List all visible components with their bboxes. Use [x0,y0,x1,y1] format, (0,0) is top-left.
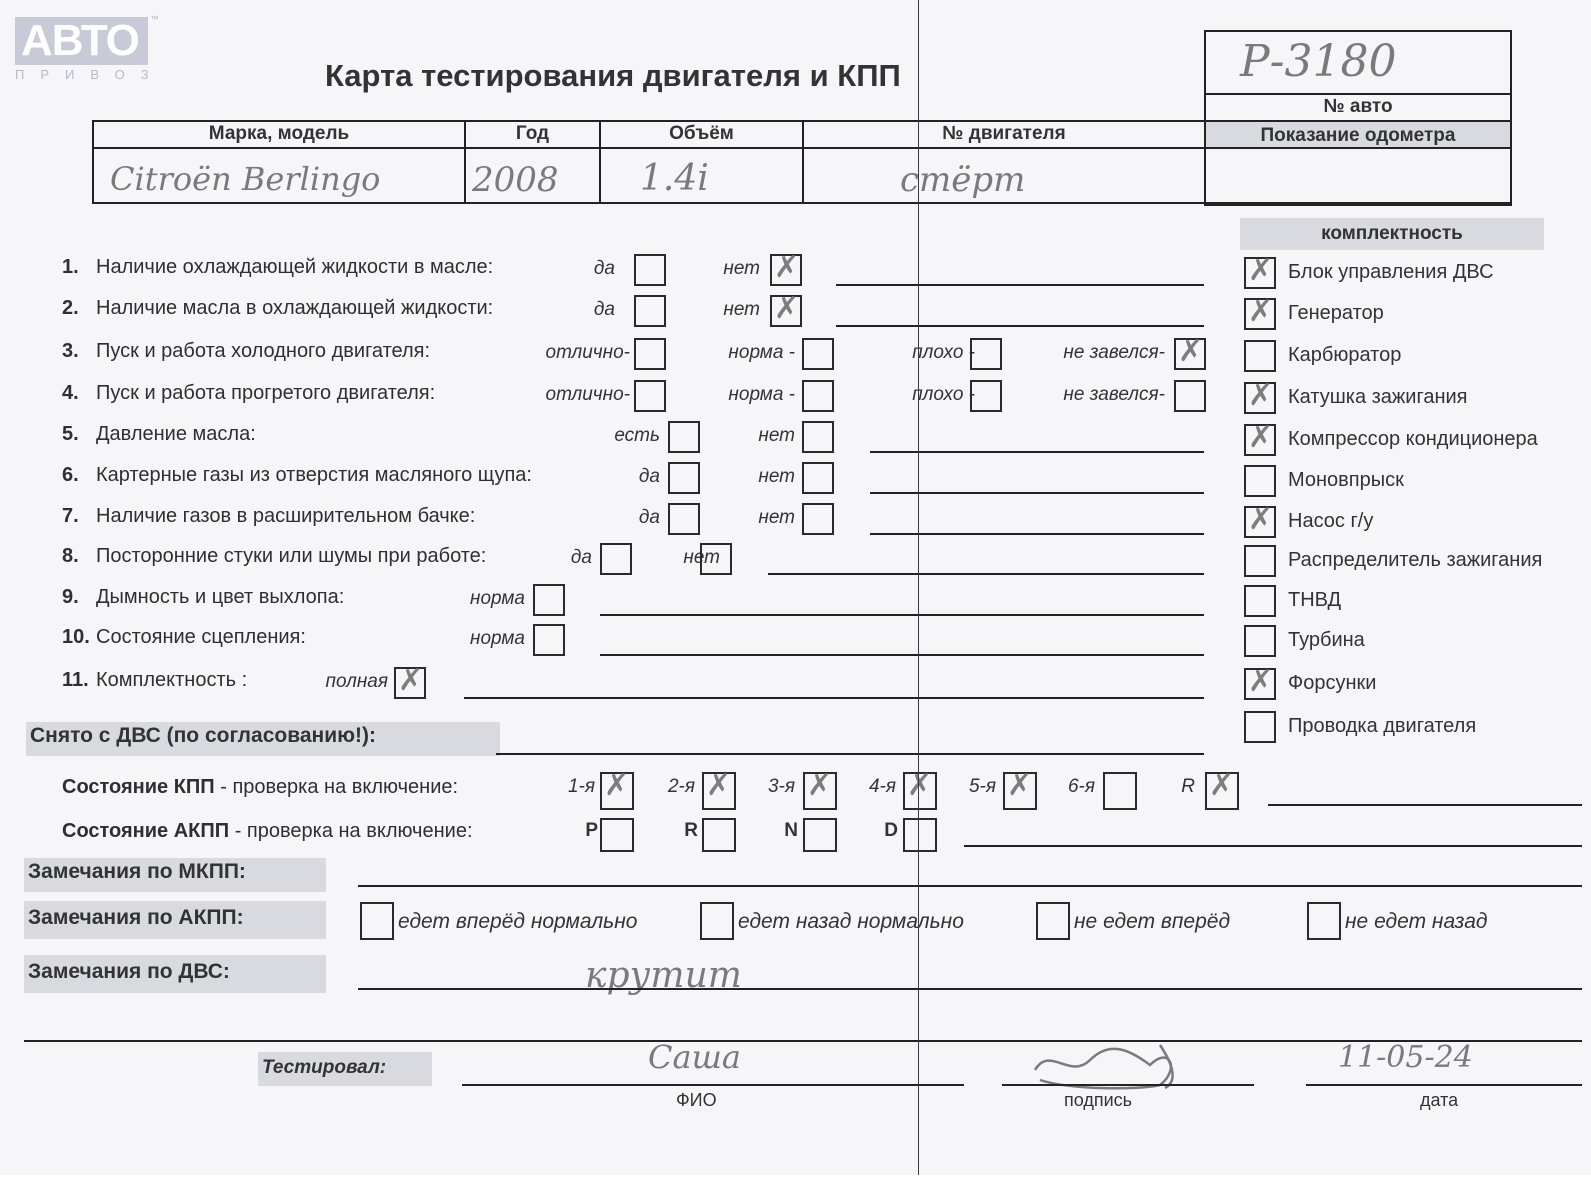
option-checkbox[interactable] [802,503,834,535]
option-label: не завелся- [1063,384,1165,406]
col-header-make-model: Марка, модель [94,123,464,145]
mkpp-remarks-label: Замечания по МКПП: [24,858,326,892]
option-label: да [571,547,592,569]
gear-label: R [1181,776,1195,798]
signature-line[interactable] [1002,1084,1254,1086]
kit-item-label: Компрессор кондиционера [1288,428,1538,451]
kit-item-label: Катушка зажигания [1288,386,1468,409]
option-label: не завелся- [1063,342,1165,364]
kit-item-checkbox[interactable] [1244,545,1276,577]
question-label: Наличие газов в расширительном бачке: [96,505,475,527]
akpp-remark-checkbox[interactable] [1036,902,1070,940]
gear-label: 6-я [1068,776,1095,798]
option-checkbox[interactable] [600,543,632,575]
tested-by-label: Тестировал: [258,1052,432,1086]
question-text: 8.Посторонние стуки или шумы при работе: [62,545,486,568]
kit-item-checkbox[interactable] [1244,625,1276,657]
kit-item-label: Моновпрыск [1288,469,1404,492]
question-text: 3.Пуск и работа холодного двигателя: [62,340,430,363]
gear-checkbox[interactable] [803,772,837,810]
gear-checkbox[interactable] [600,772,634,810]
auto-gear-checkbox[interactable] [702,818,736,852]
car-number-label: № авто [1206,96,1510,118]
option-checkbox[interactable] [668,462,700,494]
scan-fold-line [918,0,919,1175]
option-label: нет [723,299,760,321]
gear-checkbox[interactable] [903,772,937,810]
page-title: Карта тестирования двигателя и КПП [325,58,901,94]
question-label: Состояние сцепления: [96,626,306,648]
option-label: плохо - [912,342,975,364]
question-text: 5.Давление масла: [62,423,256,446]
date-line[interactable] [1306,1084,1582,1086]
kit-item-checkbox[interactable] [1244,424,1276,456]
kit-item-label: Распределитель зажигания [1288,549,1542,572]
gear-label: 4-я [869,776,896,798]
question-notes-line[interactable] [870,492,1204,494]
question-text: 4.Пуск и работа прогретого двигателя: [62,382,435,405]
kit-item-label: Форсунки [1288,672,1376,695]
date-value[interactable]: 11-05-24 [1338,1040,1473,1075]
option-label: плохо - [912,384,975,406]
kit-item-checkbox[interactable] [1244,506,1276,538]
question-text: 10.Состояние сцепления: [62,626,306,649]
gear-checkbox[interactable] [702,772,736,810]
logo-sub-text: ПРИВОЗ [15,67,165,82]
kit-item-label: Проводка двигателя [1288,715,1476,738]
question-number: 8. [62,545,96,568]
option-checkbox[interactable] [634,380,666,412]
question-label: Посторонние стуки или шумы при работе: [96,545,486,567]
gear-label: 1-я [568,776,595,798]
option-label: отлично- [546,384,630,406]
option-checkbox[interactable] [770,254,802,286]
option-checkbox[interactable] [668,421,700,453]
option-label: полная [326,671,389,693]
question-text: 2.Наличие масла в охлаждающей жидкости: [62,297,493,320]
name-caption: ФИО [676,1090,717,1111]
kit-title: комплектность [1240,223,1544,245]
question-number: 5. [62,423,96,446]
auto-gear-checkbox[interactable] [600,818,634,852]
odometer-label: Показание одометра [1206,125,1510,147]
question-number: 3. [62,340,96,363]
kit-item-label: Насос г/у [1288,510,1373,533]
option-checkbox[interactable] [802,380,834,412]
question-text: 9.Дымность и цвет выхлопа: [62,586,344,609]
auto-gearbox-label: Состояние АКПП - проверка на включение: [62,820,473,843]
question-number: 11. [62,669,96,692]
question-number: 7. [62,505,96,528]
manual-gearbox-notes-line[interactable] [1268,804,1582,806]
akpp-remark-label: едет вперёд нормально [398,910,637,934]
option-checkbox[interactable] [802,462,834,494]
car-number-value[interactable]: Р-3180 [1240,36,1396,87]
question-label: Наличие охлаждающей жидкости в масле: [96,256,493,278]
option-checkbox[interactable] [634,295,666,327]
akpp-remark-label: не едет вперёд [1074,910,1230,934]
volume-value[interactable]: 1.4i [640,158,709,199]
option-label: отлично- [546,342,630,364]
signature-mark[interactable] [1030,1040,1190,1080]
question-number: 9. [62,586,96,609]
akpp-remark-checkbox[interactable] [360,902,394,940]
name-line[interactable] [462,1084,964,1086]
question-notes-line[interactable] [464,697,1204,699]
akpp-remark-label: не едет назад [1345,910,1487,934]
divider [1204,93,1512,95]
option-label: норма - [728,342,795,364]
question-text: 7.Наличие газов в расширительном бачке: [62,505,475,528]
auto-gear-label: R [684,820,698,842]
avtoprivoz-logo: АВТО [15,17,148,65]
divider [1204,93,1206,204]
option-checkbox[interactable] [802,338,834,370]
option-checkbox[interactable] [1174,338,1206,370]
question-notes-line[interactable] [870,533,1204,535]
question-notes-line[interactable] [600,614,1204,616]
gear-checkbox[interactable] [1103,772,1137,810]
logo-main-text: АВТО [21,16,139,66]
manual-gearbox-label: Состояние КПП - проверка на включение: [62,776,458,799]
option-checkbox[interactable] [634,338,666,370]
auto-gear-checkbox[interactable] [903,818,937,852]
option-label: нет [758,466,795,488]
option-label: норма - [728,384,795,406]
option-label: норма [470,588,525,610]
option-label: есть [614,425,660,447]
date-caption: дата [1420,1090,1458,1111]
question-text: 11.Комплектность : [62,669,247,692]
kit-item-checkbox[interactable] [1244,668,1276,700]
col-header-engine-number: № двигателя [804,123,1204,145]
gear-label: 2-я [668,776,695,798]
kit-item-checkbox[interactable] [1244,257,1276,289]
option-label: да [594,258,615,280]
auto-gearbox-notes-line[interactable] [964,845,1582,847]
question-number: 1. [62,256,96,279]
col-header-volume: Объём [601,123,802,145]
question-label: Давление масла: [96,423,256,445]
logo-trademark: ™ [150,14,159,24]
akpp-remark-label: едет назад нормально [738,910,964,934]
option-label: нет [723,258,760,280]
question-label: Дымность и цвет выхлопа: [96,586,344,608]
option-checkbox[interactable] [668,503,700,535]
akpp-remark-checkbox[interactable] [1307,902,1341,940]
gear-checkbox[interactable] [1003,772,1037,810]
gear-label: 3-я [768,776,795,798]
test-card-sheet: АВТО ™ ПРИВОЗ Карта тестирования двигате… [0,0,1591,1175]
kit-item-label: Карбюратор [1288,344,1401,367]
auto-gear-label: N [784,820,798,842]
kit-item-label: Турбина [1288,629,1365,652]
option-label: да [639,466,660,488]
option-checkbox[interactable] [700,543,732,575]
year-value[interactable]: 2008 [472,160,559,200]
auto-gear-checkbox[interactable] [803,818,837,852]
option-checkbox[interactable] [970,338,1002,370]
option-checkbox[interactable] [802,421,834,453]
option-checkbox[interactable] [770,295,802,327]
question-notes-line[interactable] [600,654,1204,656]
auto-gear-label: P [585,820,598,842]
option-checkbox[interactable] [533,624,565,656]
question-number: 6. [62,464,96,487]
akpp-remarks-label: Замечания по АКПП: [24,901,326,939]
option-checkbox[interactable] [970,380,1002,412]
question-label: Наличие масла в охлаждающей жидкости: [96,297,493,319]
mkpp-remarks-line[interactable] [358,885,1582,887]
question-number: 10. [62,626,96,649]
kit-item-checkbox[interactable] [1244,465,1276,497]
kit-item-checkbox[interactable] [1244,711,1276,743]
gear-label: 5-я [969,776,996,798]
auto-gear-label: D [884,820,898,842]
question-label: Картерные газы из отверстия масляного щу… [96,464,532,486]
kit-item-checkbox[interactable] [1244,585,1276,617]
question-notes-line[interactable] [768,573,1204,575]
kit-item-label: Блок управления ДВС [1288,261,1494,284]
kit-item-label: Генератор [1288,302,1384,325]
make-model-value[interactable]: Citroën Berlingo [110,160,380,198]
question-label: Комплектность : [96,669,247,691]
removed-from-engine-label: Снято с ДВС (по согласованию!): [26,722,500,756]
question-notes-line[interactable] [836,325,1204,327]
option-label: нет [758,507,795,529]
tester-name-value[interactable]: Саша [648,1038,741,1076]
removed-from-engine-line[interactable] [496,753,1204,755]
option-checkbox[interactable] [394,667,426,699]
option-checkbox[interactable] [1174,380,1206,412]
question-notes-line[interactable] [870,451,1204,453]
option-label: нет [758,425,795,447]
question-text: 6.Картерные газы из отверстия масляного … [62,464,532,487]
option-label: да [639,507,660,529]
dvs-remarks-line[interactable] [358,988,1582,990]
kit-item-checkbox[interactable] [1244,382,1276,414]
question-label: Пуск и работа прогретого двигателя: [96,382,435,404]
kit-item-checkbox[interactable] [1244,340,1276,372]
option-label: да [594,299,615,321]
akpp-remark-checkbox[interactable] [700,902,734,940]
question-number: 4. [62,382,96,405]
question-number: 2. [62,297,96,320]
question-label: Пуск и работа холодного двигателя: [96,340,430,362]
dvs-remarks-label: Замечания по ДВС: [24,955,326,993]
kit-item-label: ТНВД [1288,589,1341,612]
col-header-year: Год [466,123,599,145]
option-label: норма [470,628,525,650]
signature-caption: подпись [1064,1090,1132,1111]
question-text: 1.Наличие охлаждающей жидкости в масле: [62,256,493,279]
kit-item-checkbox[interactable] [1244,298,1276,330]
gear-checkbox[interactable] [1205,772,1239,810]
option-checkbox[interactable] [634,254,666,286]
option-checkbox[interactable] [533,584,565,616]
question-notes-line[interactable] [836,284,1204,286]
